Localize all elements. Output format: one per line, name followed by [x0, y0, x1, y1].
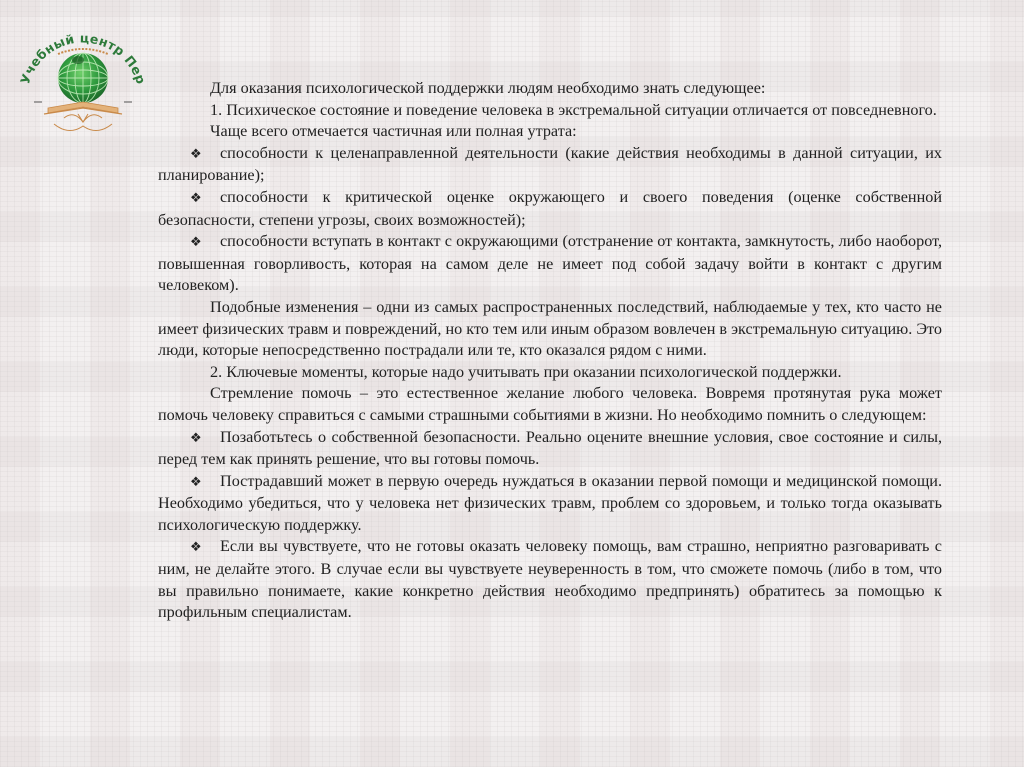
bullet-text: Пострадавший может в первую очередь нужд…: [158, 472, 942, 534]
bullet-text: способности к критической оценке окружаю…: [158, 188, 942, 229]
diamond-bullet-icon: ❖: [190, 188, 220, 210]
document-body: Для оказания психологической поддержки л…: [158, 78, 942, 624]
bullet-item: ❖Позаботьтесь о собственной безопасности…: [158, 427, 942, 471]
bullet-text: Если вы чувствуете, что не готовы оказат…: [158, 537, 942, 621]
point-1-paragraph: 1. Психическое состояние и поведение чел…: [158, 100, 942, 122]
bullet-item: ❖способности к целенаправленной деятельн…: [158, 143, 942, 187]
consequences-paragraph: Подобные изменения – одни из самых распр…: [158, 297, 942, 362]
logo: Учебный центр Перспектива: [14, 10, 150, 140]
diamond-bullet-icon: ❖: [190, 144, 220, 166]
diamond-bullet-icon: ❖: [190, 537, 220, 559]
diamond-bullet-icon: ❖: [190, 472, 220, 494]
bullet-text: способности к целенаправленной деятельно…: [158, 144, 942, 185]
bullet-item: ❖Пострадавший может в первую очередь нуж…: [158, 471, 942, 537]
training-center-logo-icon: Учебный центр Перспектива: [14, 10, 150, 140]
loss-intro-paragraph: Чаще всего отмечается частичная или полн…: [158, 121, 942, 143]
bullet-item: ❖способности вступать в контакт с окружа…: [158, 231, 942, 297]
point-2-paragraph: 2. Ключевые моменты, которые надо учитыв…: [158, 362, 942, 384]
bullet-text: Позаботьтесь о собственной безопасности.…: [158, 428, 942, 469]
intro-paragraph: Для оказания психологической поддержки л…: [158, 78, 942, 100]
diamond-bullet-icon: ❖: [190, 428, 220, 450]
desire-to-help-paragraph: Стремление помочь – это естественное жел…: [158, 383, 942, 426]
diamond-bullet-icon: ❖: [190, 232, 220, 254]
bullet-text: способности вступать в контакт с окружаю…: [158, 232, 942, 294]
bullet-item: ❖способности к критической оценке окружа…: [158, 187, 942, 231]
bullet-item: ❖Если вы чувствуете, что не готовы оказа…: [158, 536, 942, 623]
